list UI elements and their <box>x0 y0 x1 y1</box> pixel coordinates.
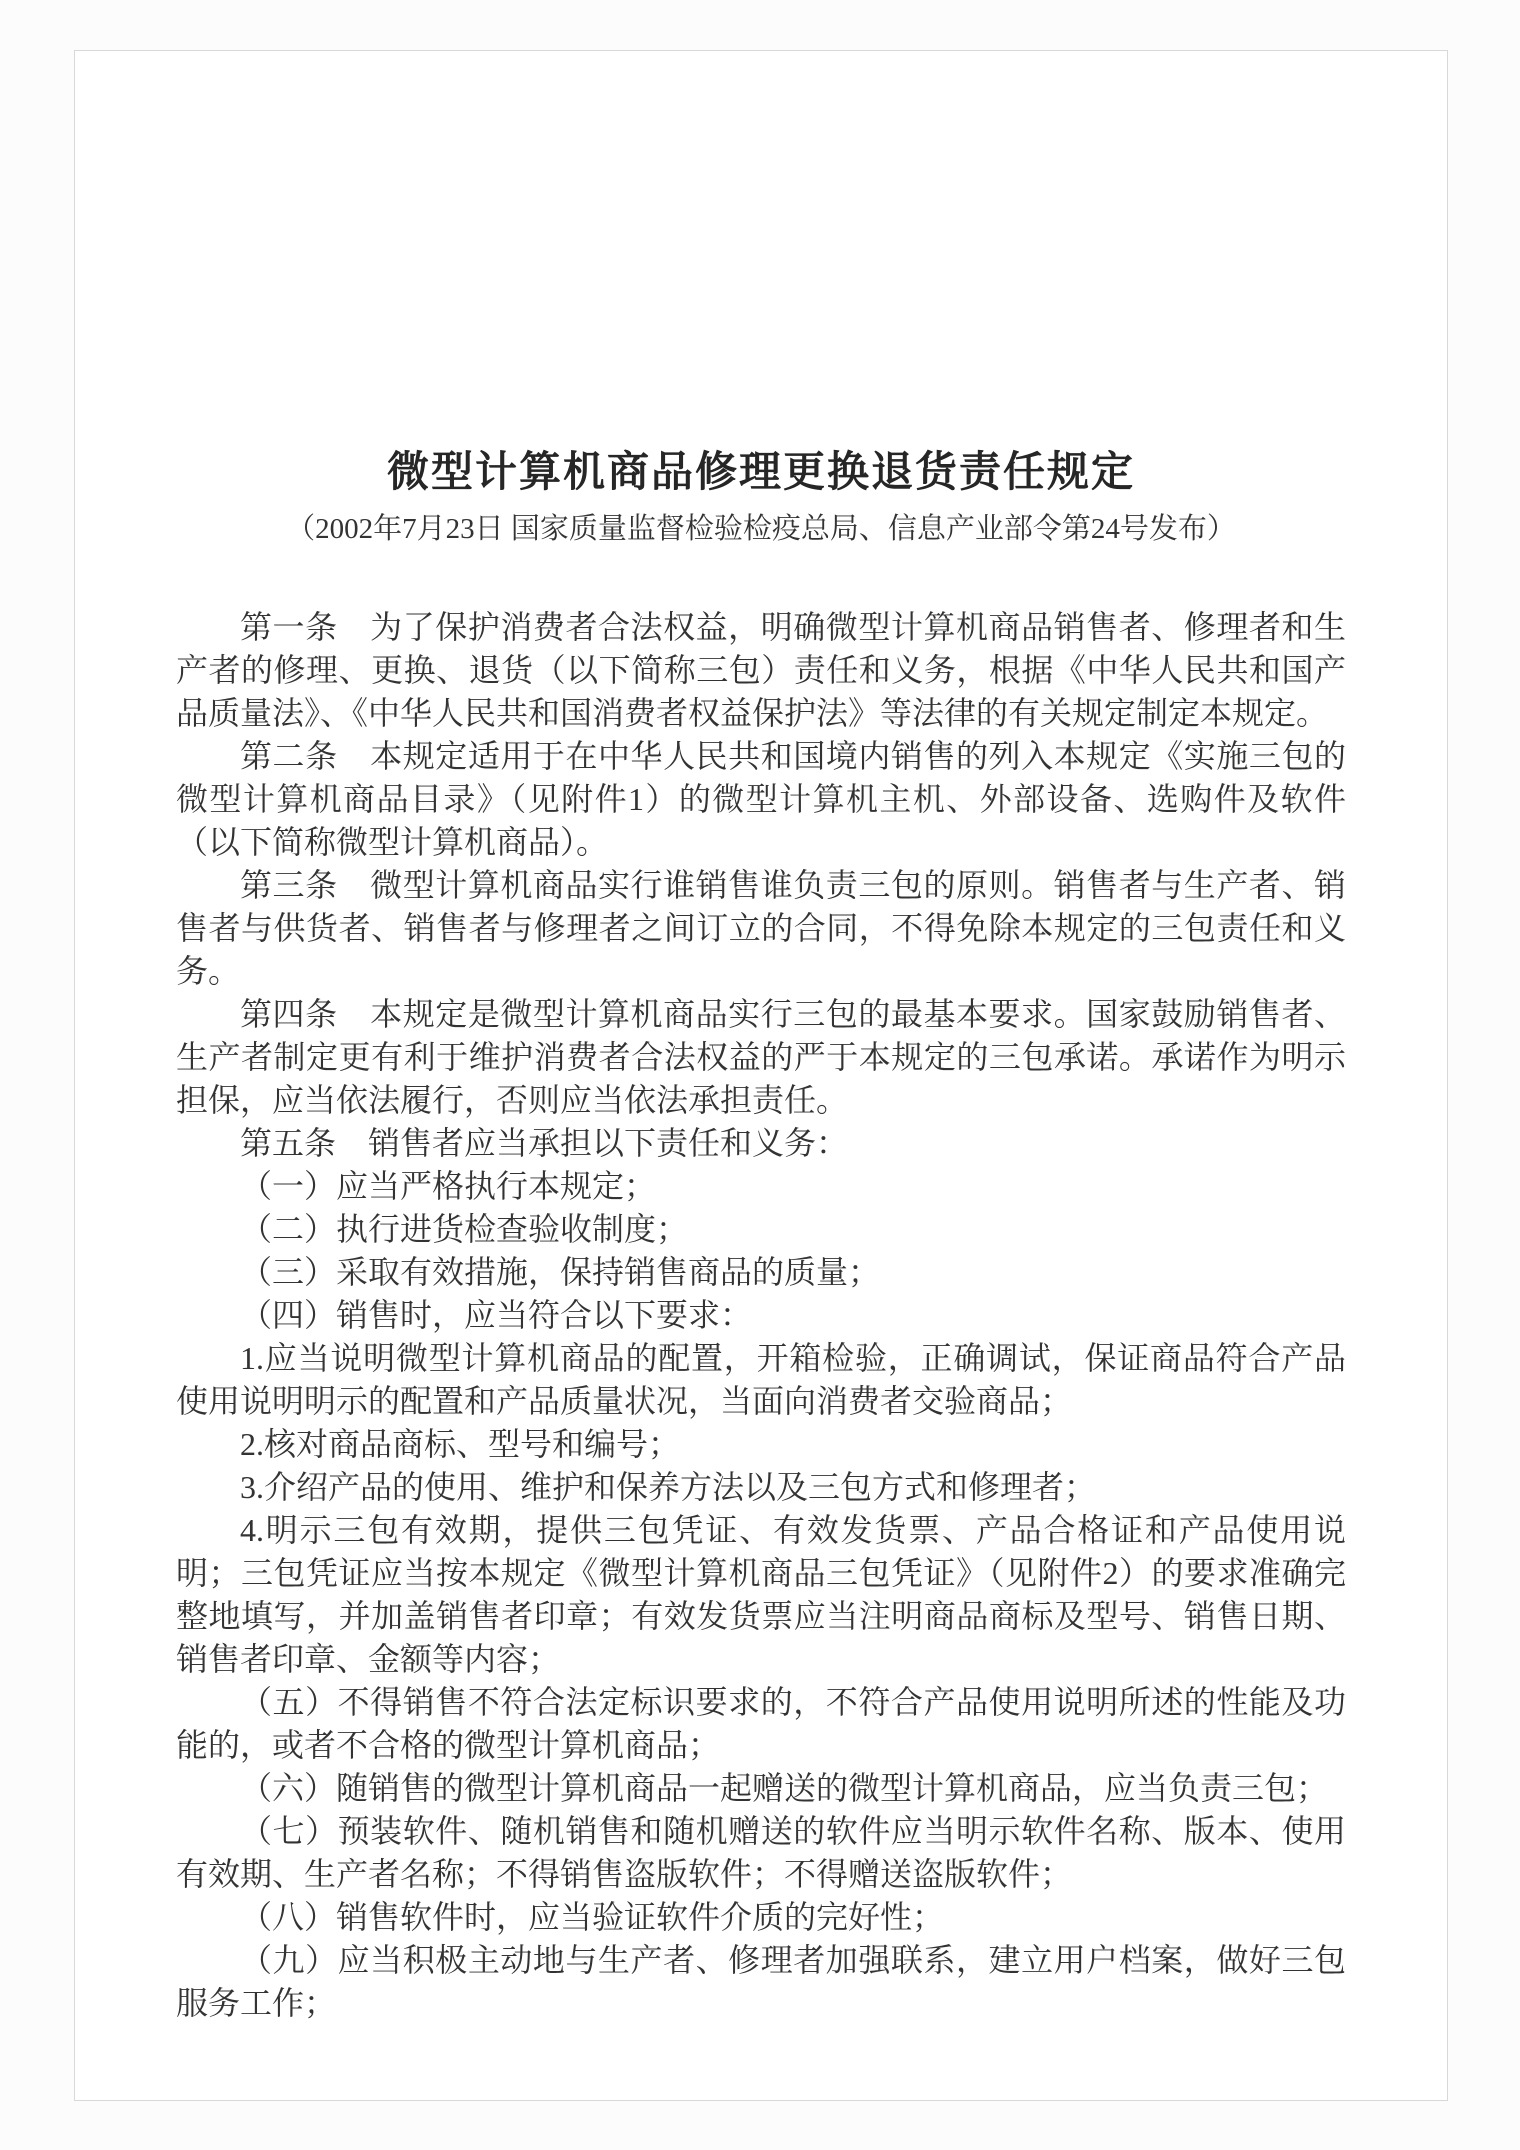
paragraph: 2.核对商品商标、型号和编号； <box>176 1423 1346 1466</box>
paragraph: 第一条 为了保护消费者合法权益，明确微型计算机商品销售者、修理者和生产者的修理、… <box>176 606 1346 735</box>
paragraph: （二）执行进货检查验收制度； <box>176 1208 1346 1251</box>
paragraph: 第三条 微型计算机商品实行谁销售谁负责三包的原则。销售者与生产者、销售者与供货者… <box>176 864 1346 993</box>
paragraph: 4.明示三包有效期，提供三包凭证、有效发货票、产品合格证和产品使用说明；三包凭证… <box>176 1509 1346 1681</box>
paragraph: （五）不得销售不符合法定标识要求的，不符合产品使用说明所述的性能及功能的，或者不… <box>176 1681 1346 1767</box>
paragraph: 第四条 本规定是微型计算机商品实行三包的最基本要求。国家鼓励销售者、生产者制定更… <box>176 993 1346 1122</box>
paragraph: （七）预装软件、随机销售和随机赠送的软件应当明示软件名称、版本、使用有效期、生产… <box>176 1810 1346 1896</box>
paragraph: 第五条 销售者应当承担以下责任和义务： <box>176 1122 1346 1165</box>
paragraph: 第二条 本规定适用于在中华人民共和国境内销售的列入本规定《实施三包的微型计算机商… <box>176 735 1346 864</box>
paragraph: （九）应当积极主动地与生产者、修理者加强联系，建立用户档案，做好三包服务工作； <box>176 1939 1346 2025</box>
document-issuance-line: （2002年7月23日 国家质量监督检验检疫总局、信息产业部令第24号发布） <box>176 509 1346 549</box>
document-viewer: 微型计算机商品修理更换退货责任规定 （2002年7月23日 国家质量监督检验检疫… <box>0 0 1520 2150</box>
document-body: 第一条 为了保护消费者合法权益，明确微型计算机商品销售者、修理者和生产者的修理、… <box>176 606 1346 2025</box>
paragraph: （六）随销售的微型计算机商品一起赠送的微型计算机商品，应当负责三包； <box>176 1767 1346 1810</box>
paragraph: （三）采取有效措施，保持销售商品的质量； <box>176 1251 1346 1294</box>
paragraph: （八）销售软件时，应当验证软件介质的完好性； <box>176 1896 1346 1939</box>
paragraph: （一）应当严格执行本规定； <box>176 1165 1346 1208</box>
paragraph: 1.应当说明微型计算机商品的配置，开箱检验，正确调试，保证商品符合产品使用说明明… <box>176 1337 1346 1423</box>
paragraph: （四）销售时，应当符合以下要求： <box>176 1294 1346 1337</box>
document-page: 微型计算机商品修理更换退货责任规定 （2002年7月23日 国家质量监督检验检疫… <box>74 50 1448 2101</box>
paragraph: 3.介绍产品的使用、维护和保养方法以及三包方式和修理者； <box>176 1466 1346 1509</box>
document-title: 微型计算机商品修理更换退货责任规定 <box>176 51 1346 499</box>
